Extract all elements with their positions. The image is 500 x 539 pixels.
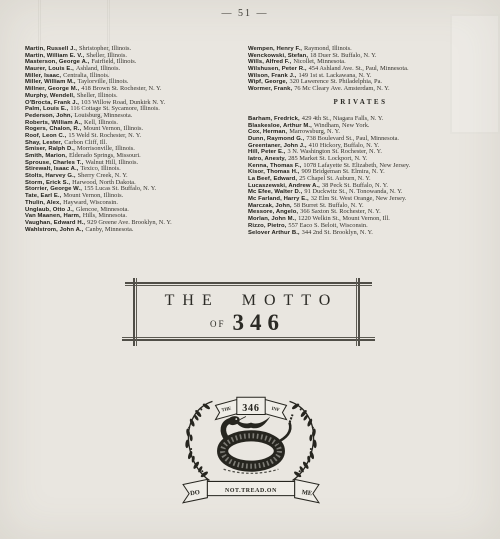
roster-entry: Wenckowski, Stefan,18 Duer St. Buffalo, … <box>248 50 498 57</box>
roster-entry: Unglaub, Otto J.,Glencoe, Minnesota. <box>25 204 247 211</box>
entry-name: Wormer, Frank, <box>248 86 292 92</box>
regiment-emblem: THE 346 INF DO NOT.TREAD.ON ME <box>179 393 323 507</box>
motto-box-top-rule <box>125 282 372 286</box>
roster-entry: Masterson, George A.,Fairfield, Illinois… <box>25 56 247 63</box>
roster-entry: Hill, Peter E.,3 N. Washington St. Roche… <box>248 146 498 153</box>
roster-entry: Storrier, George W.,155 Lucas St. Buffal… <box>25 183 247 190</box>
roster-entry: Kisor, Thomas H.,909 Bridgeman St. Elmir… <box>248 166 498 173</box>
roster-entry: Lucaszewski, Andrew A.,38 Peck St. Buffa… <box>248 180 498 187</box>
page: — 51 — Martin, Russell J.,Shristopher, I… <box>0 0 500 539</box>
motto-number: 346 <box>233 310 286 335</box>
motto-subtitle: OF346 <box>125 310 370 336</box>
roster-entry: Martin, Russell J.,Shristopher, Illinois… <box>25 43 247 50</box>
entry-name: Wahlstrom, John A., <box>25 227 83 233</box>
motto-box-left-rule <box>133 278 137 346</box>
bottom-ribbon-motto-text: NOT.TREAD.ON <box>225 488 277 494</box>
roster-right-column: Wempen, Henry F.,Raymond, Illinois. Wenc… <box>248 43 498 233</box>
rattlesnake-figure <box>223 415 293 474</box>
roster-entry: Stolts, Harvey G.,Sherry Creek, N. Y. <box>25 170 247 177</box>
roster-entry: Roberts, William A.,Kell, Illinois. <box>25 117 247 124</box>
roster-entry: Messore, Angelo,366 Saxton St. Rochester… <box>248 206 498 213</box>
motto-box-bottom-rule <box>122 337 375 341</box>
roster-entry: Dunn, Raymond G.,738 Boulevard St., Paul… <box>248 133 498 140</box>
motto-of-label: OF <box>210 319 226 329</box>
roster-entry: Roof, Leon C.,15 Weld St. Rochester, N. … <box>25 130 247 137</box>
roster-entry: Millner, George M.,418 Brown St. Rochest… <box>25 83 247 90</box>
privates-heading: PRIVATES <box>248 98 473 106</box>
roster-entry: Sprouse, Charles T.,Walnut Hill, Illinoi… <box>25 157 247 164</box>
roster-entry: Storm, Erick S.,Harwood, North Dakota. <box>25 177 247 184</box>
roster-entry: Kenna, Thomas F.,1078 Lafayette St. Eliz… <box>248 160 498 167</box>
roster-entry: Vaughan, Edward H.,929 Greene Ave. Brook… <box>25 217 247 224</box>
motto-box: THE MOTTO OF346 <box>125 282 370 341</box>
roster-entry: Miller, Isaac,Centralia, Illinois. <box>25 70 247 77</box>
bottom-ribbon-left-text: DO <box>190 489 201 497</box>
roster-entry: Martin, William E. V.,Sheller, Illinois. <box>25 50 247 57</box>
roster-entry: O'Brocta, Frank J.,103 Willow Road, Dunk… <box>25 97 247 104</box>
entry-address: Canby, Minnesota. <box>85 226 133 233</box>
roster-entry: Wipf, George,320 Lawerence St. Philadelp… <box>248 76 498 83</box>
roster-entry: Rogers, Chalon, R.,Mount Vernon, Illinoi… <box>25 123 247 130</box>
roster-entry: Wilshusen, Peter R.,454 Ashland Ave. St.… <box>248 63 498 70</box>
roster-entry: Wempen, Henry F.,Raymond, Illinois. <box>248 43 498 50</box>
motto-title: THE MOTTO <box>125 292 370 310</box>
roster-entry: Mc Farland, Harry E.,32 Elm St. West Ora… <box>248 193 498 200</box>
roster-entry: Cox, Herman,Marrowsburg, N. Y. <box>248 126 498 133</box>
entry-name: Selover Arthur B., <box>248 230 300 236</box>
roster-entry: Selover Arthur B.,344 2nd St. Brooklyn, … <box>248 227 498 234</box>
roster-right-top-list: Wempen, Henry F.,Raymond, Illinois. Wenc… <box>248 43 498 90</box>
bottom-ribbon-right-text: ME <box>301 489 312 497</box>
roster-entry: Wormer, Frank,76 Mc Cleary Ave. Amsterda… <box>248 83 498 90</box>
roster-entry: Van Maanen, Harm,Hills, Minnesota. <box>25 210 247 217</box>
motto-box-right-rule <box>356 278 360 346</box>
entry-address: 76 Mc Cleary Ave. Amsterdam, N. Y. <box>294 85 389 92</box>
roster-privates-list: Barham, Fredrick,429 4th St., Niagara Fa… <box>248 113 498 233</box>
roster-entry: Barham, Fredrick,429 4th St., Niagara Fa… <box>248 113 498 120</box>
roster-entry: Greentaner, John J.,410 Hickory, Buffalo… <box>248 140 498 147</box>
roster-entry: Palm, Louis E.,116 Cottage St. Sycamore,… <box>25 103 247 110</box>
top-ribbon-number-text: 346 <box>242 403 260 414</box>
entry-address: 344 2nd St. Brooklyn, N. Y. <box>302 229 373 236</box>
page-number: — 51 — <box>0 8 490 19</box>
roster-entry: Morlan, John M.,1220 Welkin St., Mount V… <box>248 213 498 220</box>
roster-entry: Smiser, Ralph D.,Morrisonville, Illinois… <box>25 143 247 150</box>
roster-entry: Mc Efee, Walter D.,91 Duckwitz St., N. T… <box>248 186 498 193</box>
roster-entry: Smith, Marion,Elderado Springs, Missouri… <box>25 150 247 157</box>
roster-entry: Miller, William M.,Taylorville, Illinois… <box>25 76 247 83</box>
roster-entry: Thulin, Alex,Hayward, Wisconsin. <box>25 197 247 204</box>
roster-left-column: Martin, Russell J.,Shristopher, Illinois… <box>25 43 247 230</box>
